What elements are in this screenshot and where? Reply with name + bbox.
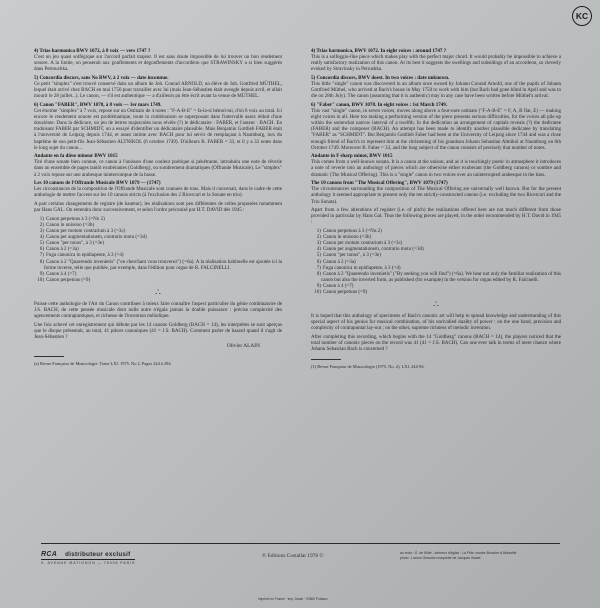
section-body: C'est un jeu quasi solfégique sur l'acco… [34,54,282,72]
list-text: Canon "per tonos", à 3 (=3e) [323,252,381,258]
list-item: 10)Canon perpetuus (=9) [311,289,561,295]
section: Apart from a few alterations of register… [311,207,561,225]
stars-ornament: ∴ [311,300,561,309]
rca-address: 9, AVENUE MATIGNON — 75008 PARIS [41,561,135,565]
closing-paragraph: Une fois achevé cet enregistrement qui d… [34,322,282,340]
section-body: This is a solfeggio-like piece which mak… [311,54,561,72]
french-footnote: (a) Revue Française de Musicologie. Tome… [34,361,282,367]
closing-paragraph: Puisse cette anthologie de l'Art du Cano… [34,301,282,319]
english-sections: 4) Trias harmonica, BWV 1072. In eight v… [311,48,561,226]
list-number: 8) [313,271,321,277]
section: The 10 canons from "The Musical Offering… [311,180,561,204]
signature: Olivier ALAIN [34,343,260,349]
list-item: 10)Canon perpetuus (=9) [34,277,282,283]
section: Andante en fa dièse mineur BWV 1015Tiré … [34,153,282,177]
section: Andante in F sharp minor, BWV 1015This c… [311,153,561,177]
rca-logo: RCA [41,551,57,558]
english-column: 4) Trias harmonica, BWV 1072. In eight v… [311,48,561,370]
list-text: Fuga canonica in epidiapente, à 3 (=4) [46,252,124,258]
section-body: Tiré d'une sonate bien connue, ce canon … [34,159,282,177]
section: A part certains changements de registre … [34,201,282,213]
stars-ornament: ∴ [34,288,282,297]
section-body: A part certains changements de registre … [34,201,282,213]
rca-tagline: distributeur exclusif [65,551,130,558]
section-body: The circumstances surrounding the compos… [311,186,561,204]
list-text: Canon à 2 "Quaerendo invenietis" ("By se… [321,271,561,283]
cover-credits: au recto : E. de Witte - intérieur d'égl… [400,551,562,560]
french-column: 4) Trias harmonica BWV 1072, à 8 voix — … [34,48,282,366]
list-item: 8)Canon à 2 "Quaerendo invenietis" ("en … [34,259,282,271]
list-number: 8) [36,259,44,265]
section: 4) Trias harmonica, BWV 1072. In eight v… [311,48,561,72]
list-number: 10) [313,289,321,295]
section-body: This comes from a well-known sonata. It … [311,159,561,177]
list-text: Canon à 2 (=3a) [323,259,356,265]
french-closing: Puisse cette anthologie de l'Art du Cano… [34,301,282,340]
section: 6) Canon "FABER", BWV 1078, à 8 voix — 1… [34,102,282,151]
closing-paragraph: After completing this recording, which b… [311,334,561,352]
section-body: This little "single" canon was discovere… [311,81,561,99]
list-text: Canon à 4 (=7) [46,271,76,277]
section: 5) Concordia discors, BWV doest. In two … [311,75,561,99]
list-text: Canon perpetuus (=9) [46,277,90,283]
rca-distributor-block: RCA distributeur exclusif 9, AVENUE MATI… [41,551,135,565]
list-text: Canon perpetuus à 3 (=No 2) [46,216,105,222]
closing-paragraph: It is hoped that this anthology of speci… [311,313,561,331]
list-text: Canon à 2 "Quaerendo invenietis" ("en ch… [44,259,282,271]
english-footnote: (1) Revue Française de Musicologie (1975… [311,364,561,370]
list-text: Canon perpetuus (=9) [323,289,367,295]
french-sections: 4) Trias harmonica BWV 1072, à 8 voix — … [34,48,282,213]
list-number: 10) [36,277,44,283]
footer-rule [41,543,560,544]
printer-line: Imprimé en France · Imp. Dauer · 92800 P… [258,597,328,601]
english-canon-list: 1)Canon perpetuus à 3 (=No.2)2)Canon in … [311,228,561,295]
section: 6) "Faber" canon, BWV 1078. In eight voi… [311,102,561,151]
section: Les 10 canons de l'Offrande Musicale BWV… [34,180,282,198]
english-closing: It is hoped that this anthology of speci… [311,313,561,352]
section-body: Cet énorme "simplex" à 7 voix, repose su… [34,108,282,151]
section: 4) Trias harmonica BWV 1072, à 8 voix — … [34,48,282,72]
footnote-rule [311,359,341,360]
section-body: Ce petit "simplex" s'est trouvé conservé… [34,81,282,99]
section-body: Les circonstances de la composition de l… [34,186,282,198]
editions-copyright: ℗ Editions Costallat 1978 © [262,553,324,559]
french-canon-list: 1)Canon perpetuus à 3 (=No 2)2)Canon in … [34,216,282,283]
list-item: 8)Canon à 2 "Quaerendo invenietis" ("By … [311,271,561,283]
list-text: Fuga canonica in epidiapente, à 3 (=4) [323,265,401,271]
footnote-rule [34,356,64,357]
kc-badge: KC [572,6,592,26]
section: 5) Concordia discors, sans No BWV, à 2 v… [34,75,282,99]
section-body: This vast "single" canon, in seven voice… [311,108,561,151]
credits-line-2: photo : Lauros Giraudon maquette de Jacq… [400,556,562,561]
section-body: Apart from a few alterations of register… [311,207,561,225]
